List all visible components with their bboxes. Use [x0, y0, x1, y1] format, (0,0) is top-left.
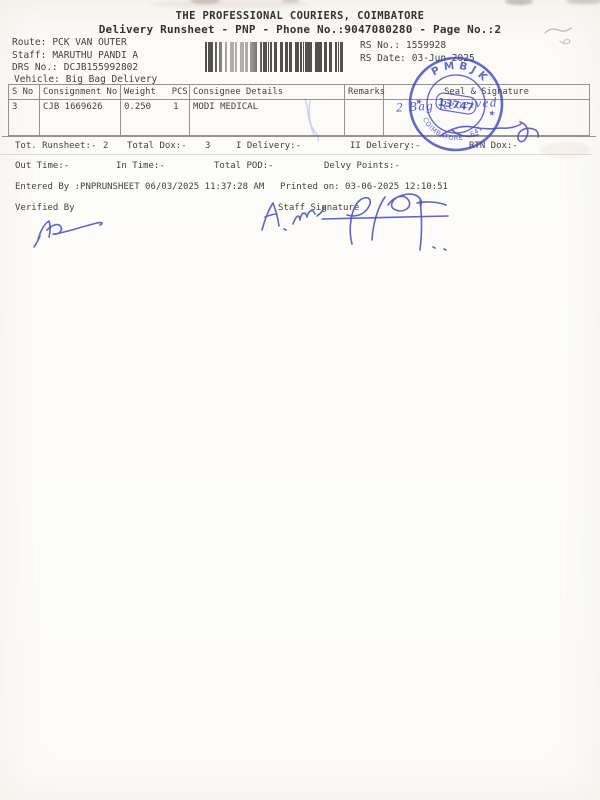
barcode-icon: [205, 42, 345, 72]
in-time-label: In Time:-: [116, 161, 165, 171]
route-label: Route:: [12, 38, 46, 49]
route-value: PCK VAN OUTER: [52, 38, 126, 49]
delvy-points-label: Delvy Points:-: [324, 161, 400, 171]
scan-smudge: [505, 0, 533, 5]
rs-no-label: RS No.:: [360, 41, 400, 52]
cell-pcs: 1: [173, 102, 178, 112]
total-dox-value: 3: [205, 141, 210, 151]
drs-value: DCJB155992802: [64, 63, 138, 74]
tot-runsheet-label: Tot. Runsheet:-: [15, 141, 96, 151]
staff-label: Staff:: [12, 51, 46, 62]
col-header-consignee-details: Consignee Details: [190, 85, 345, 100]
staff-signature-label: Staff Signature: [278, 203, 359, 213]
route-line: Route:PCK VAN OUTER: [12, 38, 127, 49]
drs-label: DRS No.:: [12, 63, 58, 74]
cell-s-no: 3: [9, 100, 40, 135]
rs-no-line: RS No.:1559928: [360, 41, 446, 52]
rs-date-value: 03-Jun-2025: [412, 54, 475, 65]
rs-no-value: 1559928: [406, 41, 446, 52]
table-bottom-rule: [2, 136, 596, 137]
rs-date-line: RS Date:03-Jun-2025: [360, 54, 475, 65]
cell-consignment-no: CJB 1669626: [40, 100, 121, 135]
cell-weight: 0.250: [124, 102, 151, 112]
scan-smudge: [566, 0, 600, 4]
col-header-s-no: S No: [9, 85, 40, 100]
scan-discoloration: [150, 0, 310, 8]
out-time-label: Out Time:-: [15, 161, 69, 171]
cell-weight-pcs: 0.2501: [121, 100, 190, 135]
ii-delivery-label: II Delivery:-: [350, 141, 420, 151]
verified-by-label: Verified By: [15, 203, 75, 213]
runsheet-title: Delivery Runsheet - PNP - Phone No.:9047…: [0, 24, 600, 37]
col-header-remarks: Remarks: [345, 85, 384, 100]
rtn-dox-label: RTN Dox:-: [469, 141, 518, 151]
total-pod-label: Total POD:-: [214, 161, 274, 171]
company-title: THE PROFESSIONAL COURIERS, COIMBATORE: [0, 10, 600, 22]
i-delivery-label: I Delivery:-: [236, 141, 301, 151]
tot-runsheet-value: 2: [103, 141, 108, 151]
totals-bottom-faint-rule: [0, 154, 592, 155]
cell-consignee: MODI MEDICAL: [190, 100, 345, 135]
rs-date-label: RS Date:: [360, 54, 406, 65]
col-header-weight-pcs: WeightPCS: [121, 85, 190, 100]
staff-value: MARUTHU PANDI A: [52, 51, 138, 62]
col-header-weight: Weight: [124, 87, 156, 97]
runsheet-table: S No Consignment No WeightPCS Consignee …: [8, 84, 590, 136]
verified-by-signature: [34, 221, 102, 247]
col-header-consignment-no: Consignment No: [40, 85, 121, 100]
drs-line: DRS No.:DCJB155992802: [12, 63, 138, 74]
entered-by-line: Entered By :PNPRUNSHEET 06/03/2025 11:37…: [15, 182, 264, 192]
scanned-paper: THE PROFESSIONAL COURIERS, COIMBATORE De…: [0, 0, 600, 800]
cell-remarks: [345, 100, 384, 135]
total-dox-label: Total Dox:-: [127, 141, 187, 151]
staff-line: Staff:MARUTHU PANDI A: [12, 51, 138, 62]
col-header-pcs: PCS: [172, 87, 188, 97]
printed-on-line: Printed on: 03-06-2025 12:10:51: [280, 182, 448, 192]
scan-discoloration: [540, 142, 590, 158]
